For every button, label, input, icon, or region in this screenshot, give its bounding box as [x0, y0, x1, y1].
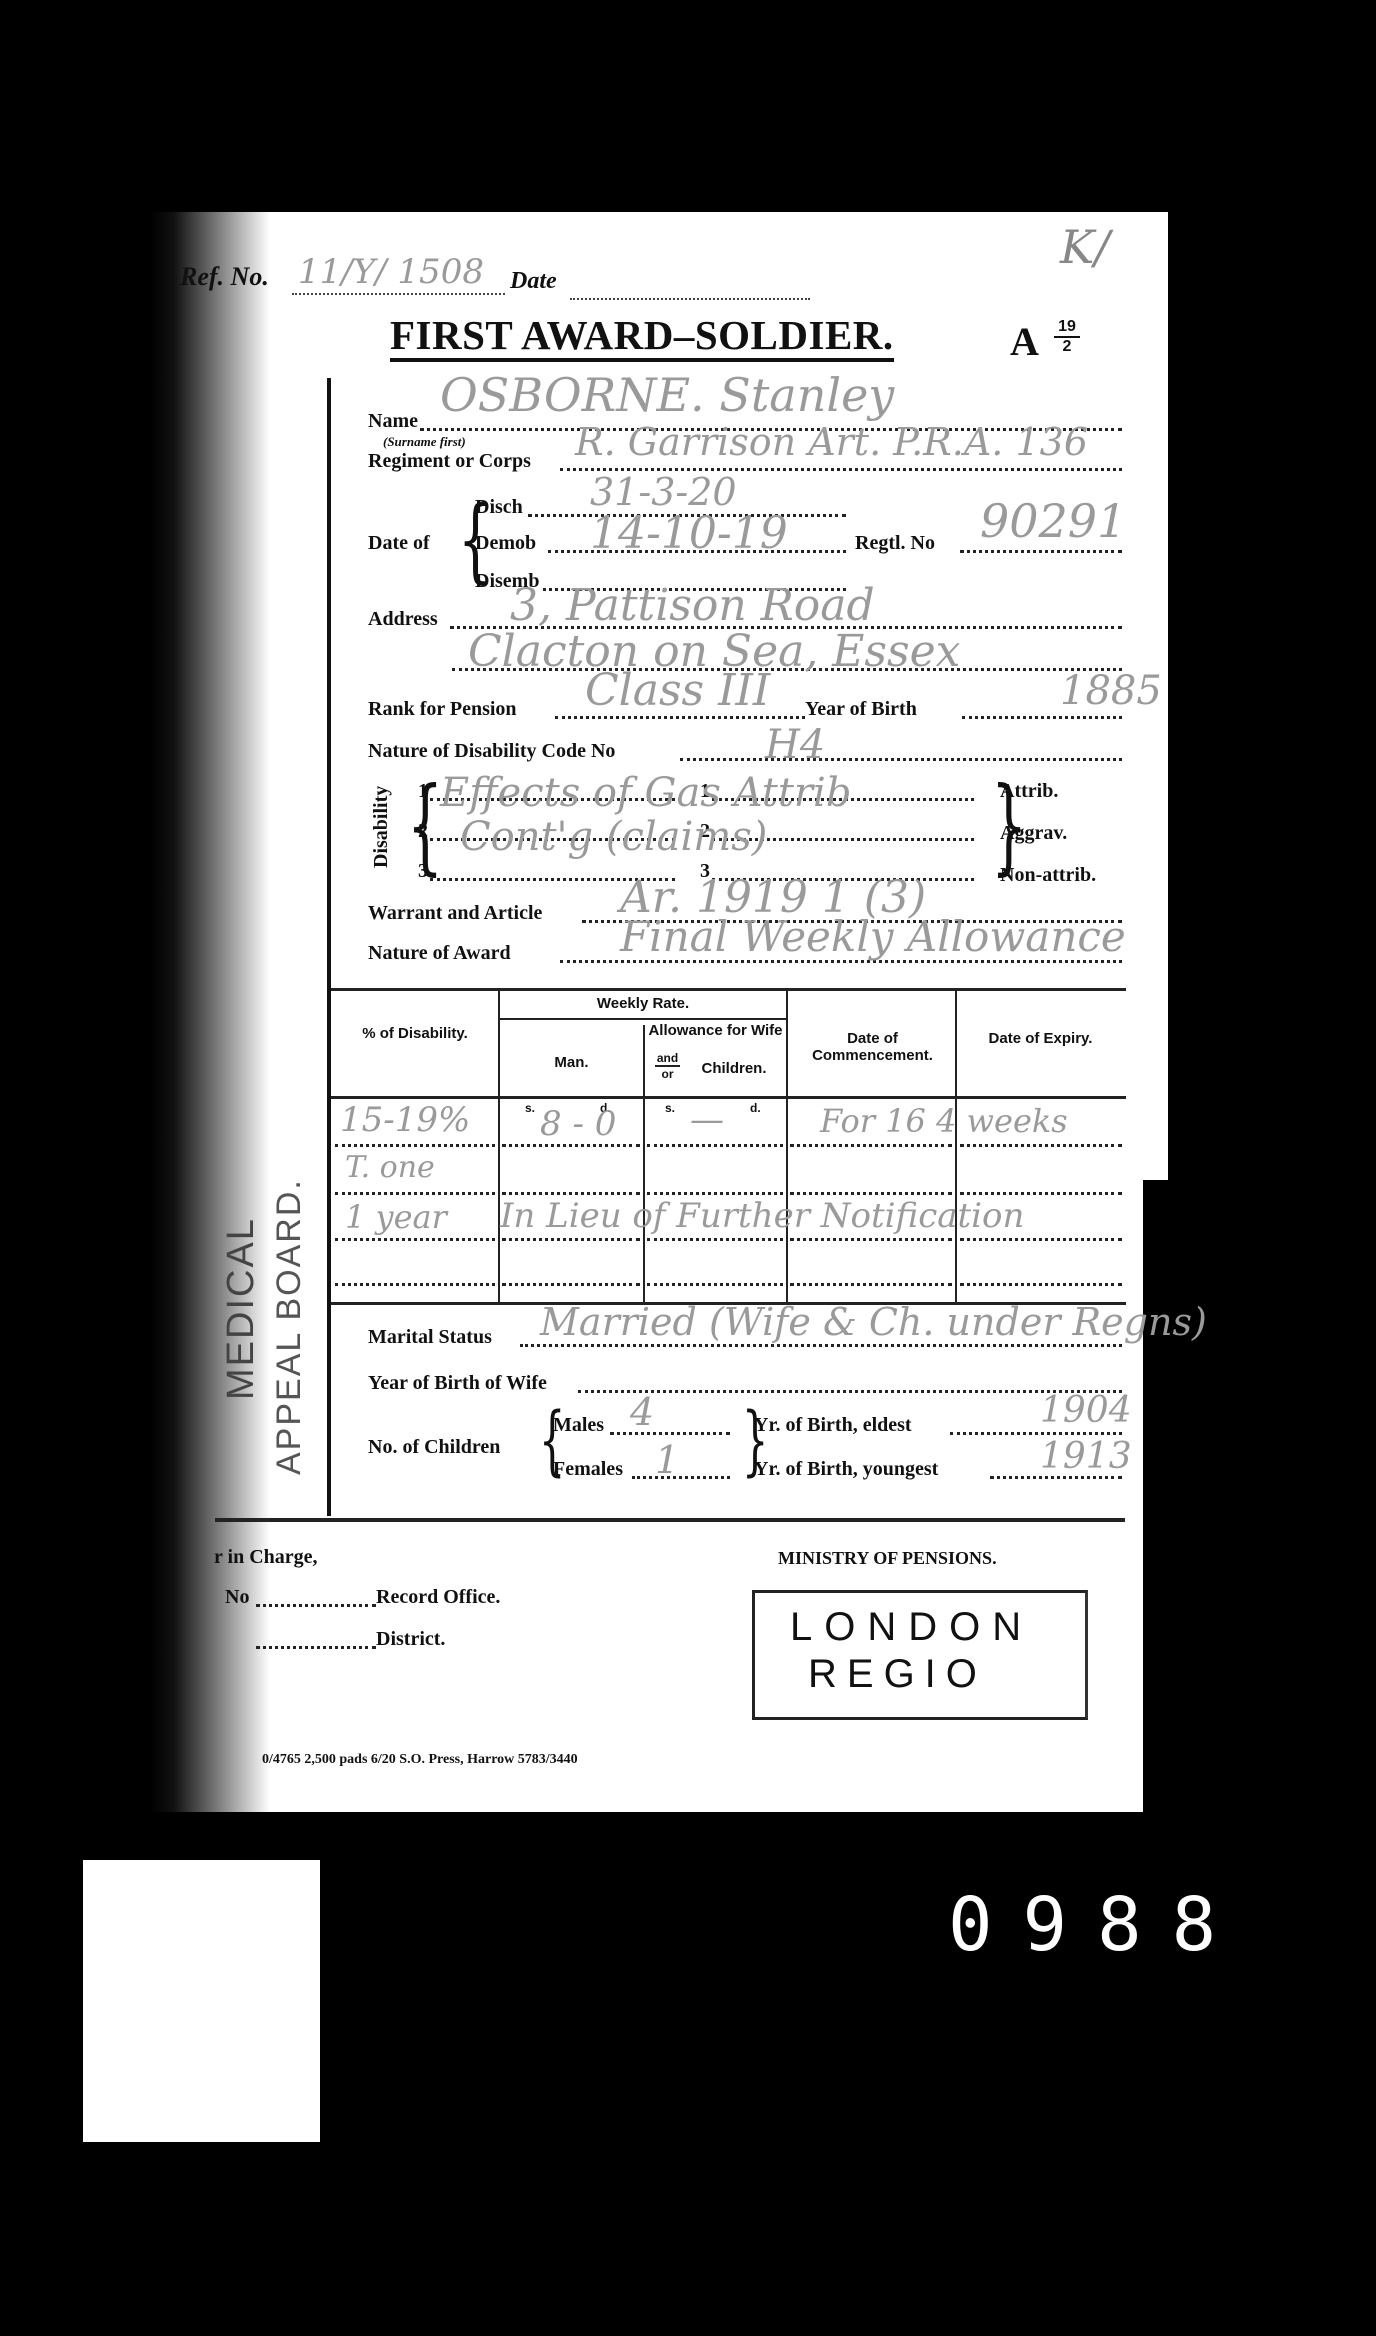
children-label: No. of Children — [368, 1436, 500, 1459]
disability-code-label: Nature of Disability Code No — [368, 740, 615, 763]
table-row-line — [790, 1144, 952, 1147]
weekly-rate-rule — [500, 1018, 788, 1020]
regiment-value: R. Garrison Art. P.R.A. 136 — [575, 420, 1088, 464]
regtl-no-value: 90291 — [980, 494, 1126, 548]
ministry-label: MINISTRY OF PENSIONS. — [778, 1548, 997, 1569]
rank-line — [555, 716, 805, 719]
disability-side-label: Disability — [370, 786, 393, 868]
regiment-label: Regiment or Corps — [368, 450, 531, 473]
disability-3-num-left: 3 — [418, 860, 428, 883]
table-row-line — [335, 1144, 495, 1147]
females-label: Females — [553, 1458, 623, 1481]
corner-mark: K/ — [1060, 220, 1110, 274]
table-row-line — [960, 1283, 1122, 1286]
col-header-weekly-rate: Weekly Rate. — [500, 995, 786, 1012]
officer-in-charge: r in Charge, — [214, 1546, 318, 1569]
eldest-value: 1904 — [1040, 1390, 1132, 1431]
left-margin-rule — [327, 378, 331, 1516]
table-header-rule — [331, 1096, 1126, 1099]
wife-yob-label: Year of Birth of Wife — [368, 1372, 547, 1395]
stamp-line-2: REGIO — [808, 1652, 987, 1697]
table-col-divider-1 — [498, 990, 500, 1302]
printer-imprint: 0/4765 2,500 pads 6/20 S.O. Press, Harro… — [262, 1752, 578, 1768]
females-line — [632, 1476, 730, 1479]
table-row-line — [647, 1192, 783, 1195]
form-number-bottom: 2 — [1054, 338, 1080, 356]
table-row-line — [790, 1238, 952, 1241]
address-value-1: 3, Pattison Road — [510, 580, 875, 631]
col-header-andor-or: or — [655, 1068, 680, 1081]
footer-rule — [215, 1518, 1125, 1522]
table-row-line — [335, 1238, 495, 1241]
col-header-expiry: Date of Expiry. — [958, 1030, 1123, 1047]
disch-label: Disch — [475, 496, 523, 519]
males-line — [610, 1432, 730, 1435]
card-torn-edge — [1143, 1180, 1173, 1812]
form-number: 19 2 — [1054, 318, 1080, 356]
table-row-line — [502, 1144, 640, 1147]
rank-value: Class III — [585, 665, 770, 716]
table-top-rule — [331, 988, 1126, 991]
col-header-andor-and: and — [655, 1052, 680, 1067]
youngest-label: Yr. of Birth, youngest — [754, 1458, 938, 1481]
award-label: Nature of Award — [368, 942, 511, 965]
table-row-line — [647, 1238, 783, 1241]
col-header-children: Children. — [684, 1060, 784, 1077]
disability-code-line — [680, 758, 1122, 761]
disability-1-num-left: 1 — [418, 780, 428, 803]
marital-line — [520, 1344, 1122, 1347]
table-row-line — [647, 1144, 783, 1147]
category-non-attrib: Non-attrib. — [1000, 864, 1096, 887]
ref-no-value: 11/Y/ 1508 — [298, 252, 484, 292]
col-header-man: Man. — [500, 1054, 643, 1071]
ref-no-label: Ref. No. — [180, 262, 269, 292]
males-value: 4 — [630, 1390, 654, 1434]
eldest-label: Yr. of Birth, eldest — [754, 1414, 912, 1437]
col-header-disability: % of Disability. — [345, 1025, 485, 1042]
date-line — [570, 298, 810, 300]
row1-man: 8 - 0 — [540, 1104, 616, 1144]
row1-allowance: — — [690, 1100, 724, 1140]
table-row-line — [335, 1283, 495, 1286]
form-title: FIRST AWARD–SOLDIER. — [390, 312, 894, 362]
row3-disability: 1 year — [345, 1198, 447, 1236]
table-row-line — [790, 1283, 952, 1286]
table-col-divider-3 — [786, 990, 788, 1302]
allowance-unit-d: d. — [750, 1100, 760, 1117]
regtl-no-line — [960, 550, 1122, 553]
name-label: Name — [368, 410, 418, 433]
demob-value: 14-10-19 — [590, 508, 788, 559]
regtl-no-label: Regtl. No — [855, 532, 935, 555]
form-number-top: 19 — [1054, 318, 1080, 338]
table-col-divider-2 — [643, 1025, 645, 1302]
yob-value: 1885 — [1060, 668, 1162, 714]
table-row-line — [647, 1283, 783, 1286]
rank-label: Rank for Pension — [368, 698, 517, 721]
name-sublabel: (Surname first) — [383, 434, 466, 450]
table-row-line — [790, 1192, 952, 1195]
table-row-line — [502, 1283, 640, 1286]
row2-disability: T. one — [345, 1150, 435, 1185]
frame-counter: 0988 — [948, 1882, 1246, 1968]
record-office-line — [256, 1604, 376, 1607]
yob-label: Year of Birth — [805, 698, 917, 721]
table-row-line — [502, 1192, 640, 1195]
category-attrib: Attrib. — [1000, 780, 1058, 803]
row3-note: In Lieu of Further Notification — [500, 1196, 1024, 1236]
marital-label: Marital Status — [368, 1326, 492, 1349]
marital-value: Married (Wife & Ch. under Regns) — [540, 1300, 1207, 1344]
yob-line — [962, 716, 1122, 719]
man-unit-s: s. — [525, 1100, 535, 1117]
males-label: Males — [553, 1414, 604, 1437]
table-row-line — [960, 1192, 1122, 1195]
eldest-line — [950, 1432, 1122, 1435]
demob-label: Demob — [475, 532, 536, 555]
stamp-line-1: LONDON — [790, 1605, 1033, 1650]
name-value: OSBORNE. Stanley — [440, 368, 894, 422]
table-row-line — [960, 1144, 1122, 1147]
table-row-line — [960, 1238, 1122, 1241]
award-value: Final Weekly Allowance — [620, 912, 1126, 961]
col-header-commencement: Date of Commencement. — [790, 1030, 955, 1064]
females-value: 1 — [655, 1438, 679, 1482]
date-of-label: Date of — [368, 532, 430, 555]
disability-code-value: H4 — [765, 722, 825, 768]
disability-2-value: Cont'g (claims) — [460, 814, 767, 860]
disability-1-value: Effects of Gas Attrib — [440, 770, 851, 816]
warrant-label: Warrant and Article — [368, 902, 542, 925]
address-label: Address — [368, 608, 438, 631]
district-line — [256, 1646, 376, 1649]
row1-commencement: For 16 4 weeks — [820, 1102, 1068, 1140]
form-code: A — [1010, 318, 1039, 365]
row1-disability: 15-19% — [340, 1100, 470, 1140]
district-label: District. — [376, 1628, 445, 1651]
disability-2-num-left: 2 — [418, 820, 428, 843]
record-office-prefix: No — [225, 1586, 249, 1609]
record-office-label: Record Office. — [376, 1586, 500, 1609]
film-frame-marker — [83, 1860, 320, 2142]
table-row-line — [335, 1192, 495, 1195]
table-row-line — [502, 1238, 640, 1241]
category-aggrav: Aggrav. — [1000, 822, 1067, 845]
youngest-value: 1913 — [1040, 1436, 1132, 1477]
date-label: Date — [510, 268, 557, 295]
ref-no-line — [292, 293, 505, 295]
side-stamp-appeal-board: APPEAL BOARD. — [270, 1178, 309, 1475]
col-header-allowance: Allowance for Wife — [645, 1022, 786, 1039]
side-stamp-medical: MEDICAL — [220, 1217, 263, 1400]
allowance-unit-s: s. — [665, 1100, 675, 1117]
table-col-divider-4 — [955, 990, 957, 1302]
